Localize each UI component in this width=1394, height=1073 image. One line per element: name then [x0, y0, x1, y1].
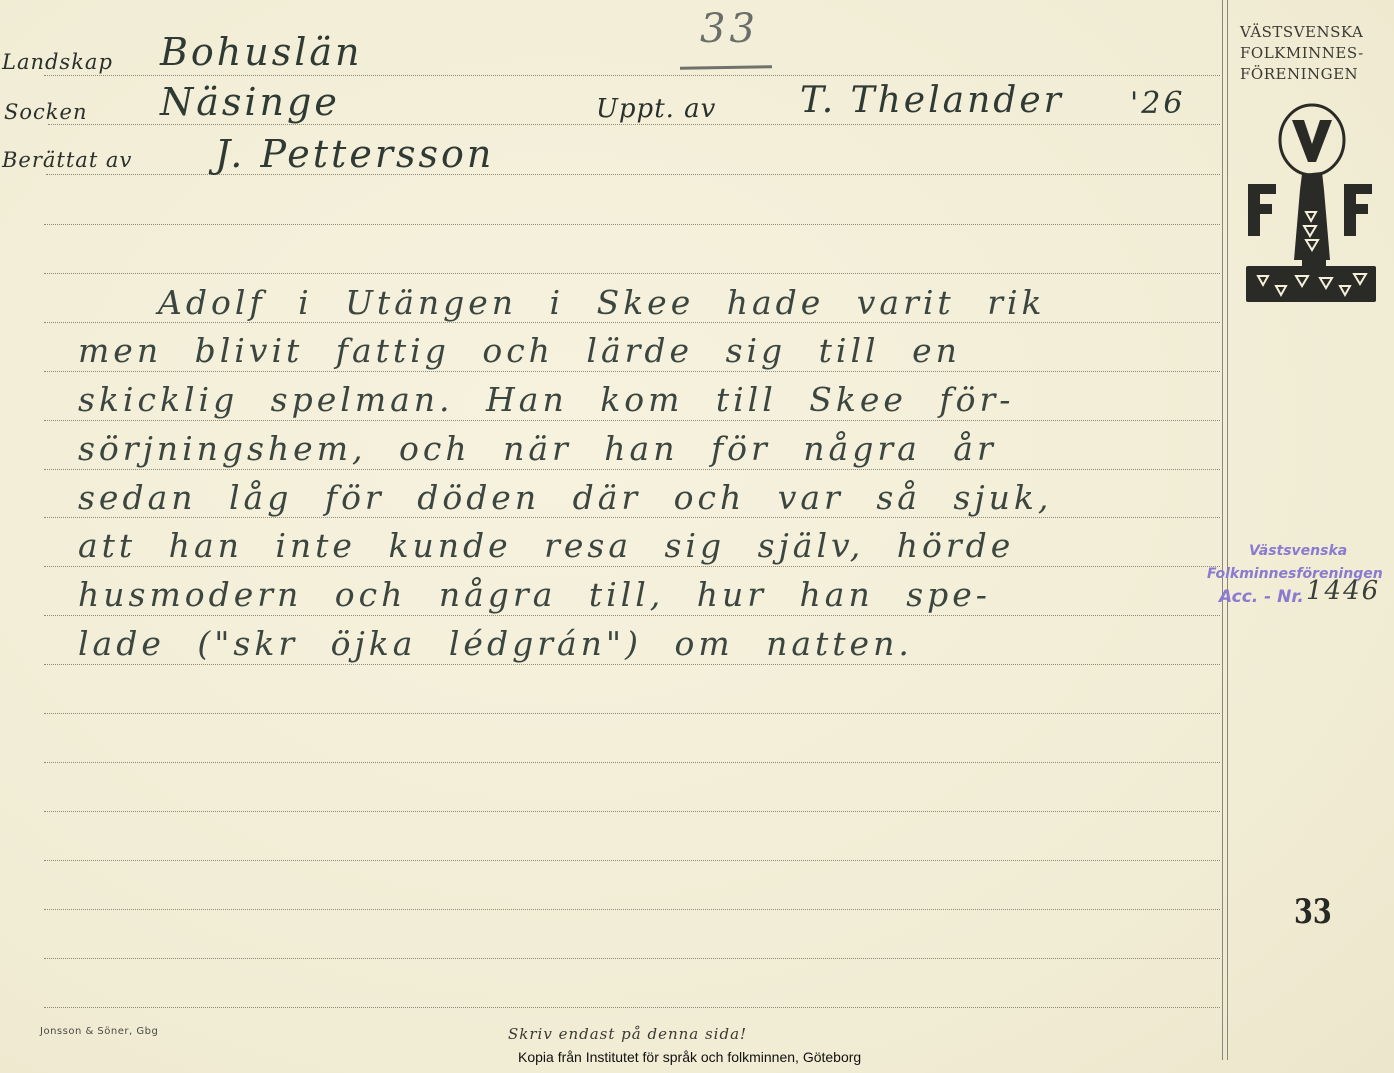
rule-line: [44, 958, 1220, 959]
rule-line: [44, 762, 1220, 763]
printed-page-number: 33: [1294, 892, 1332, 932]
rule-line: [44, 664, 1220, 665]
rule-line: [44, 1007, 1220, 1008]
org-name-line: FOLKMINNES-: [1240, 43, 1390, 64]
rule-line: [44, 322, 1220, 323]
rule-line: [44, 224, 1220, 225]
printer-imprint: Jonsson & Söner, Gbg: [40, 1026, 158, 1037]
rule-line: [48, 124, 1220, 125]
accession-number: 1446: [1306, 576, 1380, 606]
rule-line: [44, 273, 1220, 274]
recorder-name: T. Thelander: [800, 80, 1064, 121]
field-label-socken: Socken: [4, 100, 87, 124]
recorder-label: Uppt. av: [596, 94, 716, 124]
vff-hammer-logo-icon: [1240, 100, 1380, 310]
body-line: sörjningshem, och när han för några år: [78, 429, 997, 468]
rule-line: [44, 420, 1220, 421]
body-line: Adolf i Utängen i Skee hade varit rik: [158, 283, 1046, 322]
body-line: men blivit fattig och lärde sig till en: [78, 331, 961, 370]
rule-line: [44, 811, 1220, 812]
body-line: sedan låg för döden där och var så sjuk,: [78, 478, 1052, 517]
org-name-line: FÖRENINGEN: [1240, 64, 1390, 85]
organization-name: VÄSTSVENSKA FOLKMINNES- FÖRENINGEN: [1240, 22, 1390, 85]
rule-line: [44, 713, 1220, 714]
body-line: husmodern och några till, hur han spe-: [78, 575, 991, 614]
margin-rule-right: [1227, 0, 1228, 1060]
recorder-year: '26: [1130, 86, 1185, 121]
rule-line: [44, 371, 1220, 372]
field-value-landskap: Bohuslän: [160, 30, 363, 74]
margin-rule-left: [1222, 0, 1223, 1060]
field-label-berattat-av: Berättat av: [2, 148, 132, 172]
field-label-landskap: Landskap: [2, 50, 113, 74]
body-line: lade ("skr öjka lédgrán") om natten.: [78, 624, 913, 663]
org-name-line: VÄSTSVENSKA: [1240, 22, 1390, 43]
copy-notice: Kopia från Institutet för språk och folk…: [518, 1049, 861, 1065]
handwritten-page-number: 33: [700, 6, 759, 52]
page-number-underline: [680, 65, 772, 70]
field-value-socken: Näsinge: [160, 80, 340, 124]
rule-line: [44, 566, 1220, 567]
writing-instruction: Skriv endast på denna sida!: [508, 1025, 747, 1043]
rule-line: [44, 909, 1220, 910]
rule-line: [44, 75, 1220, 76]
rule-line: [44, 615, 1220, 616]
body-line: skicklig spelman. Han kom till Skee för-: [78, 380, 1014, 419]
document-page: 33 Landskap Bohuslän Socken Näsinge Berä…: [0, 0, 1394, 1073]
stamp-org-line1: Västsvenska: [1249, 543, 1347, 559]
stamp-acc-label: Acc. - Nr.: [1219, 587, 1304, 607]
body-line: att han inte kunde resa sig själv, hörde: [78, 526, 1014, 565]
rule-line: [44, 517, 1220, 518]
rule-line: [44, 469, 1220, 470]
rule-line: [44, 860, 1220, 861]
field-value-berattat-av: J. Pettersson: [215, 132, 494, 176]
